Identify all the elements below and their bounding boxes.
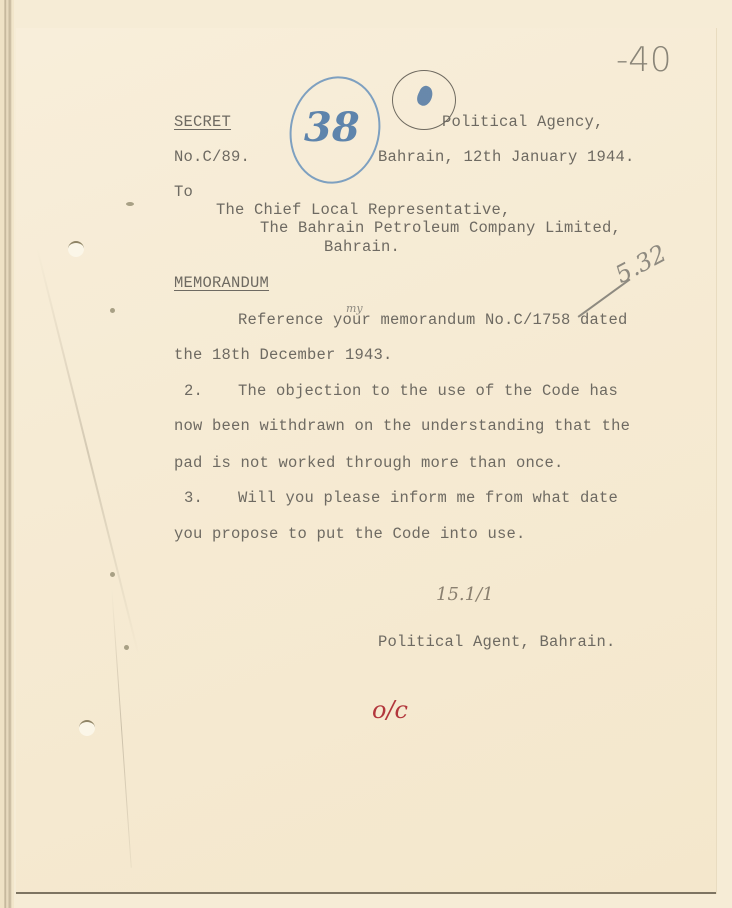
paper-crease [36,248,140,656]
sender-office: Political Agency, [442,113,604,131]
signatory: Political Agent, Bahrain. [378,633,616,651]
signature-initials: 15.1/1 [436,584,494,605]
reference-number: No.C/89. [174,148,250,166]
paper-crease [111,588,132,867]
body-paragraph-3-line-2: you propose to put the Code into use. [174,525,526,543]
paper-speck [110,308,115,313]
recipient-line-2: The Bahrain Petroleum Company Limited, [260,219,621,237]
paper-speck [126,202,134,206]
document-page: -40 38 SECRET Political Agency, No.C/89.… [16,28,716,894]
to-label: To [174,183,193,201]
memorandum-heading: MEMORANDUM [174,274,269,292]
place-date: Bahrain, 12th January 1944. [378,148,635,166]
pencil-note: 5.32 [611,239,671,289]
punch-hole [79,720,95,736]
recipient-line-3: Bahrain. [324,238,400,256]
recipient-line-1: The Chief Local Representative, [216,201,511,219]
paragraph-number-3: 3. [184,489,203,507]
punch-hole [68,241,84,257]
blue-stamp-number: 38 [304,104,360,151]
paper-speck [124,645,129,650]
paragraph-number-2: 2. [184,382,203,400]
body-paragraph-2-line-3: pad is not worked through more than once… [174,454,564,472]
body-paragraph-3-line-1: Will you please inform me from what date [238,489,618,507]
body-paragraph-2-line-1: The objection to the use of the Code has [238,382,618,400]
binding-edge [0,0,14,908]
paper-speck [110,572,115,577]
folio-number: -40 [616,40,672,80]
classification-label: SECRET [174,113,231,131]
body-paragraph-1-line-2: the 18th December 1943. [174,346,393,364]
body-paragraph-1-line-1: Reference your memorandum No.C/1758 date… [238,311,628,329]
body-paragraph-2-line-2: now been withdrawn on the understanding … [174,417,630,435]
office-copy-mark: o/c [372,696,408,724]
